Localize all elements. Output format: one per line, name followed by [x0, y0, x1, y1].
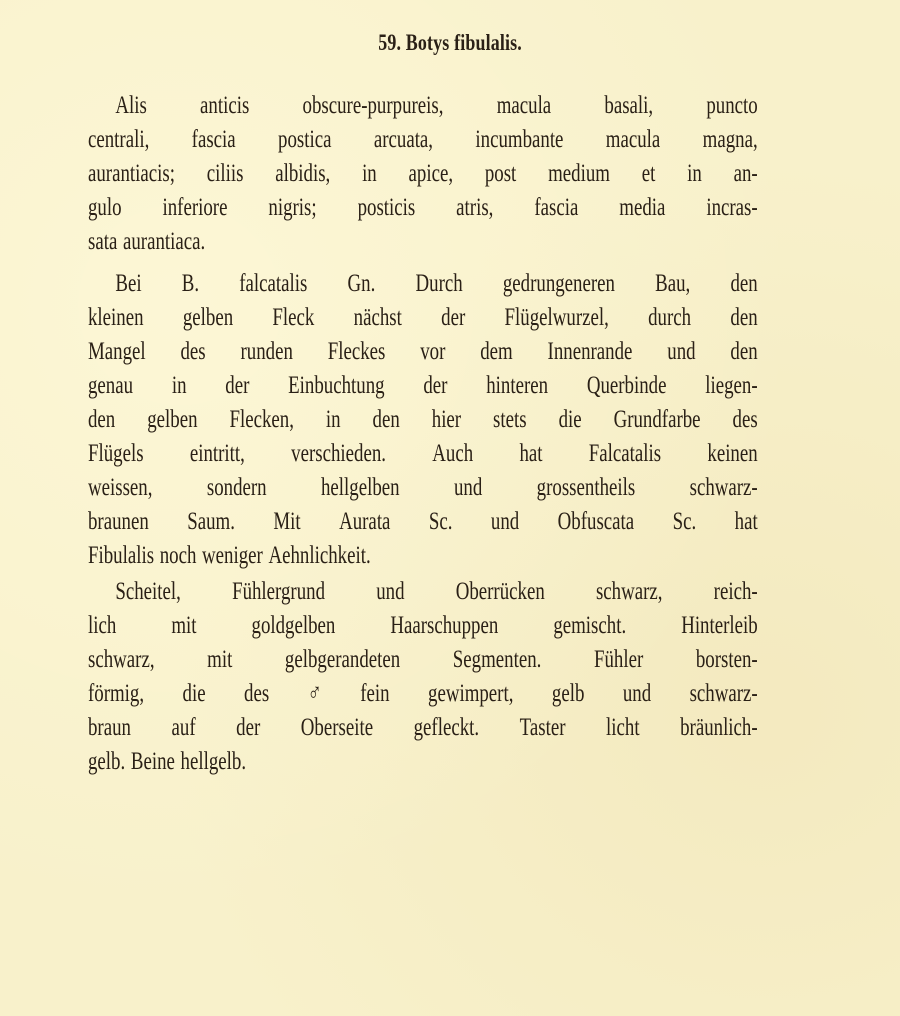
word: des: [733, 402, 758, 436]
text-line: sataaurantiaca.: [88, 224, 758, 258]
word: den: [88, 402, 115, 436]
species-heading-text: 59. Botys fibulalis.: [378, 30, 522, 56]
word: gemischt.: [553, 608, 626, 642]
word: die: [559, 402, 582, 436]
word: fascia: [534, 190, 578, 224]
word: den: [730, 266, 757, 300]
word: vor: [420, 334, 445, 368]
text-line: förmig,diedes♂feingewimpert,gelbundschwa…: [88, 676, 758, 710]
text-line: gelb.Beinehellgelb.: [88, 744, 758, 778]
word: Flügelwurzel,: [505, 300, 609, 334]
word: Sc.: [673, 504, 697, 538]
word: förmig,: [88, 676, 144, 710]
word: fein: [360, 676, 389, 710]
word: Alis: [115, 88, 146, 122]
word: des: [180, 334, 205, 368]
word: ♂: [308, 676, 322, 710]
word: der: [423, 368, 447, 402]
word: Hinterleib: [681, 608, 758, 642]
word: mit: [171, 608, 196, 642]
word: Innenrande: [548, 334, 633, 368]
word: Fleck: [272, 300, 314, 334]
word: Einbuchtung: [288, 368, 384, 402]
word: Bei: [115, 266, 141, 300]
word: Durch: [416, 266, 463, 300]
word: in: [326, 402, 341, 436]
word: Mit: [273, 504, 300, 538]
paragraph-latin-diagnosis: Alisanticisobscure-purpureis,maculabasal…: [88, 88, 758, 258]
word: gelb.: [88, 744, 125, 778]
book-page: 59. Botys fibulalis. Alisanticisobscure-…: [0, 0, 900, 1016]
word: der: [441, 300, 465, 334]
word: braun: [88, 710, 131, 744]
word: Segmenten.: [453, 642, 542, 676]
word: Saum.: [187, 504, 235, 538]
text-line: centrali,fasciaposticaarcuata,incumbante…: [88, 122, 758, 156]
word: schwarz-: [690, 676, 758, 710]
word: Aurata: [339, 504, 390, 538]
word: medium: [548, 156, 610, 190]
word: den: [730, 300, 757, 334]
word: post: [485, 156, 516, 190]
word: an-: [734, 156, 758, 190]
word: apice,: [409, 156, 454, 190]
word: in: [687, 156, 702, 190]
word: Oberrücken: [456, 574, 545, 608]
text-line: braunenSaum.MitAurataSc.undObfuscataSc.h…: [88, 504, 758, 538]
word: lich: [88, 608, 116, 642]
word: bräunlich-: [680, 710, 758, 744]
word: Bau,: [655, 266, 690, 300]
word: sondern: [207, 470, 267, 504]
word: sata: [88, 224, 117, 258]
word: und: [667, 334, 695, 368]
text-line: dengelbenFlecken,indenhierstetsdieGrundf…: [88, 402, 758, 436]
word: gewimpert,: [428, 676, 513, 710]
word: atris,: [456, 190, 493, 224]
word: Taster: [520, 710, 566, 744]
word: gelb: [552, 676, 584, 710]
word: fascia: [192, 122, 236, 156]
word: Fibulalis: [88, 538, 154, 572]
word: reich-: [714, 574, 758, 608]
word: gelben: [147, 402, 197, 436]
word: posticis: [358, 190, 416, 224]
text-line: kleinengelbenFlecknächstderFlügelwurzel,…: [88, 300, 758, 334]
word: albidis,: [275, 156, 330, 190]
word: goldgelben: [252, 608, 336, 642]
word: Fleckes: [328, 334, 386, 368]
word: nigris;: [268, 190, 316, 224]
word: durch: [648, 300, 691, 334]
word: postica: [278, 122, 331, 156]
word: eintritt,: [190, 436, 245, 470]
word: Gn.: [348, 266, 376, 300]
text-line: braunaufderOberseitegefleckt.Tasterlicht…: [88, 710, 758, 744]
paragraph-description: Scheitel,FühlergrundundOberrückenschwarz…: [88, 574, 758, 778]
text-line: Alisanticisobscure-purpureis,maculabasal…: [88, 88, 758, 122]
word: kleinen: [88, 300, 144, 334]
word: gelbgerandeten: [285, 642, 400, 676]
word: Haarschuppen: [390, 608, 498, 642]
word: den: [373, 402, 400, 436]
word: Querbinde: [587, 368, 667, 402]
word: verschieden.: [291, 436, 386, 470]
word: und: [491, 504, 519, 538]
word: hat: [519, 436, 542, 470]
word: weniger: [202, 538, 263, 572]
word: in: [362, 156, 377, 190]
word: licht: [606, 710, 640, 744]
word: liegen-: [705, 368, 757, 402]
word: anticis: [200, 88, 249, 122]
word: macula: [606, 122, 660, 156]
word: basali,: [604, 88, 653, 122]
word: Oberseite: [301, 710, 373, 744]
word: gefleckt.: [414, 710, 479, 744]
word: gulo: [88, 190, 122, 224]
text-line: genauinderEinbuchtungderhinterenQuerbind…: [88, 368, 758, 402]
word: runden: [240, 334, 292, 368]
word: weissen,: [88, 470, 152, 504]
word: obscure-purpureis,: [303, 88, 444, 122]
word: inferiore: [162, 190, 227, 224]
word: Beine: [131, 744, 175, 778]
text-line: schwarz,mitgelbgerandetenSegmenten.Fühle…: [88, 642, 758, 676]
word: puncto: [706, 88, 757, 122]
word: magna,: [703, 122, 758, 156]
word: genau: [88, 368, 133, 402]
word: der: [225, 368, 249, 402]
word: hinteren: [486, 368, 548, 402]
text-line: guloinferiorenigris;posticisatris,fascia…: [88, 190, 758, 224]
word: Aehnlichkeit.: [268, 538, 370, 572]
word: Scheitel,: [115, 574, 181, 608]
text-line: BeiB.falcatalisGn.DurchgedrungenerenBau,…: [88, 266, 758, 300]
word: schwarz,: [88, 642, 155, 676]
word: incras-: [706, 190, 757, 224]
word: Fühlergrund: [232, 574, 325, 608]
word: centrali,: [88, 122, 149, 156]
word: stets: [493, 402, 527, 436]
text-line: weissen,sondernhellgelbenundgrossentheil…: [88, 470, 758, 504]
word: schwarz-: [690, 470, 758, 504]
text-line: MangeldesrundenFleckesvordemInnenrandeun…: [88, 334, 758, 368]
word: noch: [160, 538, 197, 572]
word: der: [236, 710, 260, 744]
word: aurantiacis;: [88, 156, 175, 190]
word: nächst: [354, 300, 402, 334]
word: Fühler: [594, 642, 643, 676]
species-heading: 59. Botys fibulalis.: [0, 30, 900, 56]
word: Flecken,: [229, 402, 293, 436]
word: hellgelben: [321, 470, 400, 504]
text-line: FibulalisnochwenigerAehnlichkeit.: [88, 538, 758, 572]
word: dem: [480, 334, 512, 368]
word: gelben: [183, 300, 233, 334]
word: et: [642, 156, 656, 190]
word: Flügels: [88, 436, 144, 470]
word: Grundfarbe: [614, 402, 701, 436]
text-line: Flügelseintritt,verschieden.AuchhatFalca…: [88, 436, 758, 470]
word: macula: [497, 88, 551, 122]
word: falcatalis: [239, 266, 307, 300]
word: Mangel: [88, 334, 146, 368]
word: hier: [432, 402, 461, 436]
word: ciliis: [207, 156, 244, 190]
word: Sc.: [429, 504, 453, 538]
word: die: [183, 676, 206, 710]
word: schwarz,: [596, 574, 663, 608]
word: media: [619, 190, 665, 224]
word: Falcatalis: [589, 436, 661, 470]
word: in: [172, 368, 187, 402]
word: und: [376, 574, 404, 608]
word: incumbante: [475, 122, 563, 156]
word: borsten-: [696, 642, 758, 676]
word: Obfuscata: [558, 504, 634, 538]
paragraph-comparison: BeiB.falcatalisGn.DurchgedrungenerenBau,…: [88, 266, 758, 572]
word: und: [623, 676, 651, 710]
text-line: Scheitel,FühlergrundundOberrückenschwarz…: [88, 574, 758, 608]
word: hellgelb.: [181, 744, 247, 778]
word: keinen: [707, 436, 757, 470]
word: mit: [207, 642, 232, 676]
word: des: [244, 676, 269, 710]
word: hat: [735, 504, 758, 538]
word: B.: [182, 266, 199, 300]
word: grossentheils: [537, 470, 636, 504]
word: auf: [172, 710, 196, 744]
word: arcuata,: [374, 122, 433, 156]
word: Auch: [432, 436, 473, 470]
word: braunen: [88, 504, 149, 538]
word: gedrungeneren: [503, 266, 615, 300]
word: aurantiaca.: [123, 224, 205, 258]
text-line: lichmitgoldgelbenHaarschuppengemischt.Hi…: [88, 608, 758, 642]
word: den: [730, 334, 757, 368]
word: und: [454, 470, 482, 504]
text-line: aurantiacis;ciliisalbidis,inapice,postme…: [88, 156, 758, 190]
